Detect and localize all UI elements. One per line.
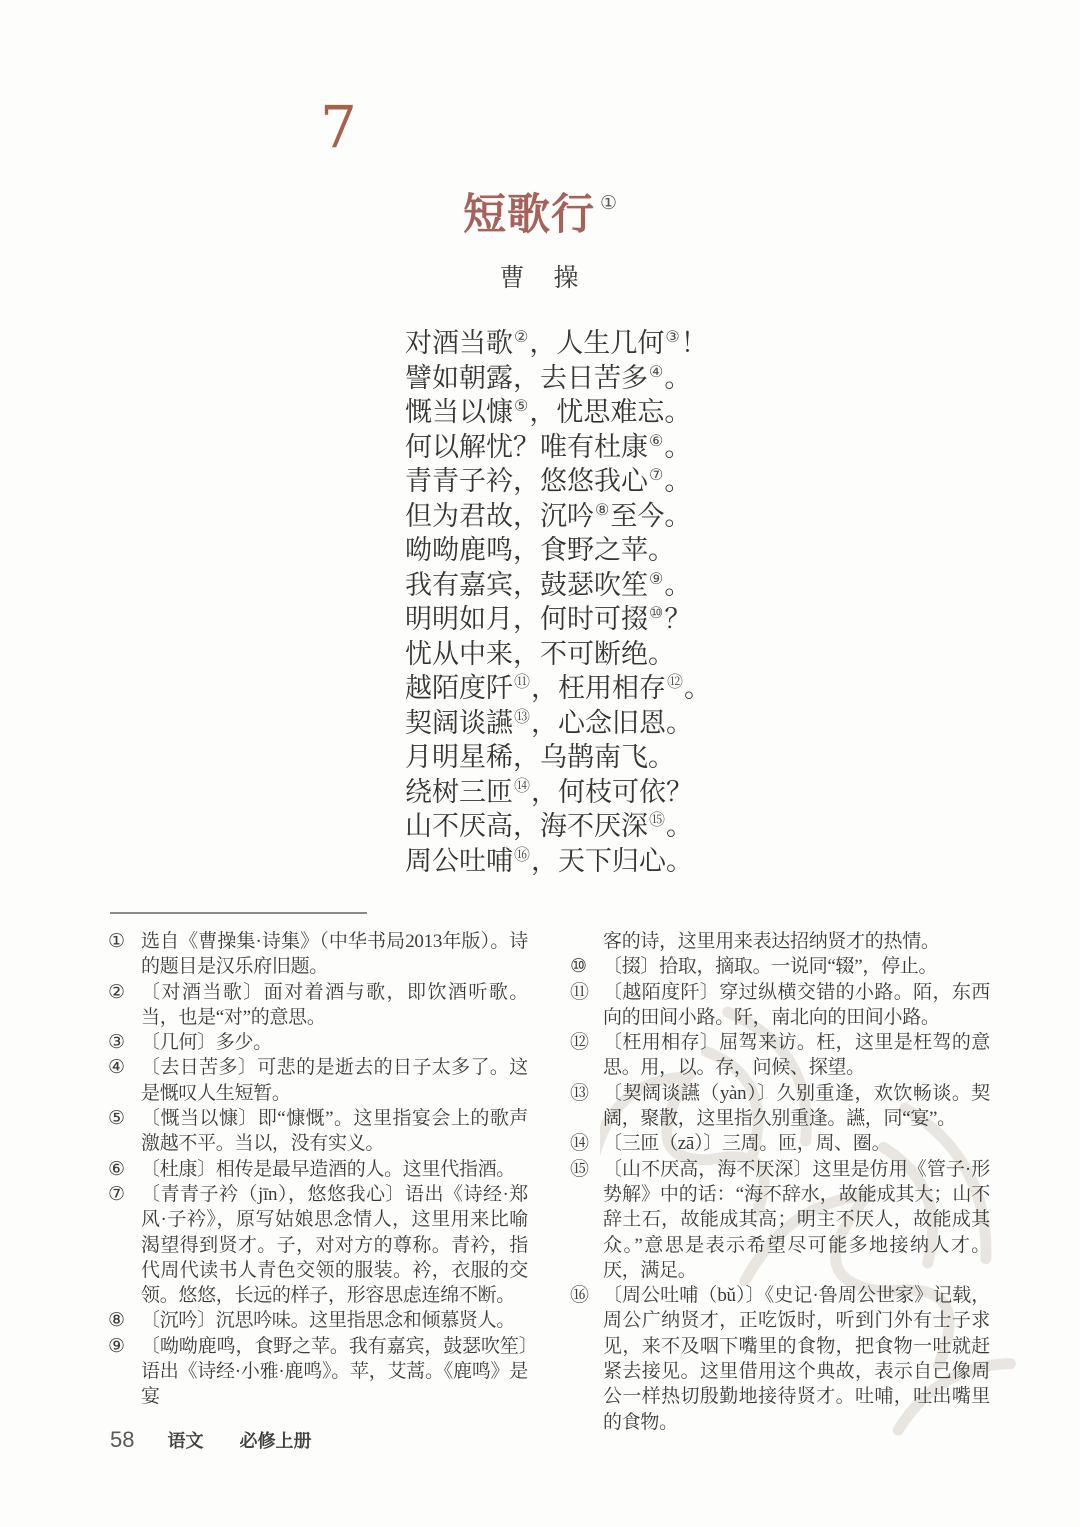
footnote-ref: ⑭ [514,778,530,795]
footer-subject: 语文 [167,1427,203,1453]
footnote-text: 〔呦呦鹿鸣，食野之苹。我有嘉宾，鼓瑟吹笙〕语出《诗经·小雅·鹿鸣》。苹，艾蒿。《… [141,1334,528,1410]
footnote-number: ① [108,929,141,980]
poem: 对酒当歌②，人生几何③！譬如朝露，去日苦多④。慨当以慷⑤，忧思难忘。何以解忧？唯… [405,326,711,878]
footnote-number: ⑬ [570,1081,603,1132]
footnote-item: ⑤〔慨当以慷〕即“慷慨”。这里指宴会上的歌声激越不平。当以，没有实义。 [108,1106,528,1157]
footnote-number: ⑭ [570,1131,603,1156]
footnote-item: ⑬〔契阔谈讌（yàn）〕久别重逢，欢饮畅谈。契阔，聚散，这里指久别重逢。讌，同“… [570,1081,990,1132]
footnote-item: 客的诗，这里用来表达招纳贤才的热情。 [570,929,990,954]
poem-text: 。 [684,673,711,703]
poem-text: 青青子衿，悠悠我心 [405,466,648,496]
footnote-item: ④〔去日苦多〕可悲的是逝去的日子太多了。这是慨叹人生短暂。 [108,1055,528,1106]
lesson-title: 短歌行① [0,180,1080,240]
footnote-text: 〔去日苦多〕可悲的是逝去的日子太多了。这是慨叹人生短暂。 [141,1055,528,1106]
footnote-number [570,929,603,954]
footnote-text: 〔契阔谈讌（yàn）〕久别重逢，欢饮畅谈。契阔，聚散，这里指久别重逢。讌，同“宴… [603,1081,990,1132]
author-name: 曹 操 [0,258,1080,294]
footnote-item: ②〔对酒当歌〕面对着酒与歌，即饮酒听歌。当，也是“对”的意思。 [108,980,528,1031]
poem-text: 譬如朝露，去日苦多 [405,363,648,393]
poem-text: ？ [664,604,691,634]
poem-text: 。 [664,570,691,600]
poem-text: 月明星稀，乌鹊南飞。 [405,742,675,772]
footnote-text: 〔山不厌高，海不厌深〕这里是仿用《管子·形势解》中的话：“海不辞水，故能成其大；… [603,1157,990,1283]
footnote-ref: ⑥ [649,433,663,450]
poem-line: 但为君故，沉吟⑧至今。 [405,499,711,534]
footnote-number: ② [108,980,141,1031]
poem-text: 慨当以慷 [405,397,513,427]
poem-line: 绕树三匝⑭，何枝可依？ [405,775,711,810]
poem-text: 。 [664,363,691,393]
poem-text: 但为君故，沉吟 [405,501,594,531]
poem-line: 青青子衿，悠悠我心⑦。 [405,464,711,499]
poem-text: 至今。 [610,501,691,531]
footnote-number: ⑪ [570,980,603,1031]
poem-text: 对酒当歌 [405,328,513,358]
footnote-text: 〔周公吐哺（bǔ）〕《史记·鲁周公世家》记载，周公广纳贤才，正吃饭时，听到门外有… [603,1283,990,1435]
poem-text: ，枉用相存 [531,673,666,703]
footnote-item: ①选自《曹操集·诗集》（中华书局2013年版）。诗的题目是汉乐府旧题。 [108,929,528,980]
footnote-item: ⑩〔掇〕拾取，摘取。一说同“辍”，停止。 [570,954,990,979]
poem-line: 越陌度阡⑪，枉用相存⑫。 [405,671,711,706]
poem-text: 越陌度阡 [405,673,513,703]
footnote-text: 〔慨当以慷〕即“慷慨”。这里指宴会上的歌声激越不平。当以，没有实义。 [141,1106,528,1157]
poem-text: ，天下归心。 [531,846,693,876]
footnote-number: ⑧ [108,1308,141,1333]
poem-line: 契阔谈讌⑬，心念旧恩。 [405,706,711,741]
footnote-text: 〔杜康〕相传是最早造酒的人。这里代指酒。 [141,1157,528,1182]
poem-text: 明明如月，何时可掇 [405,604,648,634]
poem-text: 。 [664,432,691,462]
footnote-item: ⑦〔青青子衿（jīn），悠悠我心〕语出《诗经·郑风·子衿》，原写姑娘思念情人，这… [108,1182,528,1308]
page-footer: 58 语文 必修上册 [110,1427,311,1453]
footnote-ref: ② [514,329,528,346]
footnote-ref: ③ [665,329,679,346]
footnote-number: ⑥ [108,1157,141,1182]
footnote-ref: ⑨ [649,571,663,588]
footnote-divider [110,912,367,914]
poem-text: 忧从中来，不可断绝。 [405,639,675,669]
poem-text: 。 [664,466,691,496]
footnote-item: ⑥〔杜康〕相传是最早造酒的人。这里代指酒。 [108,1157,528,1182]
poem-text: 山不厌高，海不厌深 [405,811,648,841]
footnote-item: ⑭〔三匝（zā）〕三周。匝，周、圈。 [570,1131,990,1156]
poem-text: 契阔谈讌 [405,708,513,738]
footnote-text: 〔枉用相存〕屈驾来访。枉，这里是枉驾的意思。用，以。存，问候、探望。 [603,1030,990,1081]
footnote-text: 〔掇〕拾取，摘取。一说同“辍”，停止。 [603,954,990,979]
poem-line: 呦呦鹿鸣，食野之苹。 [405,533,711,568]
footnote-item: ⑯〔周公吐哺（bǔ）〕《史记·鲁周公世家》记载，周公广纳贤才，正吃饭时，听到门外… [570,1283,990,1435]
footnote-ref: ④ [649,364,663,381]
footnote-text: 客的诗，这里用来表达招纳贤才的热情。 [603,929,990,954]
footnote-text: 〔对酒当歌〕面对着酒与歌，即饮酒听歌。当，也是“对”的意思。 [141,980,528,1031]
footnote-item: ⑪〔越陌度阡〕穿过纵横交错的小路。陌，东西向的田间小路。阡，南北向的田间小路。 [570,980,990,1031]
footnote-number: ④ [108,1055,141,1106]
footnote-item: ⑮〔山不厌高，海不厌深〕这里是仿用《管子·形势解》中的话：“海不辞水，故能成其大… [570,1157,990,1283]
poem-text: ，忧思难忘。 [529,397,691,427]
poem-text: 周公吐哺 [405,846,513,876]
footnote-number: ③ [108,1030,141,1055]
lesson-title-text: 短歌行 [463,192,595,239]
poem-line: 慨当以慷⑤，忧思难忘。 [405,395,711,430]
footnote-text: 〔青青子衿（jīn），悠悠我心〕语出《诗经·郑风·子衿》，原写姑娘思念情人，这里… [141,1182,528,1308]
poem-text: ，人生几何 [529,328,664,358]
poem-line: 譬如朝露，去日苦多④。 [405,361,711,396]
poem-text: ，何枝可依？ [531,777,693,807]
footnote-ref: ⑮ [649,812,665,829]
footnote-text: 〔越陌度阡〕穿过纵横交错的小路。陌，东西向的田间小路。阡，南北向的田间小路。 [603,980,990,1031]
footnote-item: ⑧〔沉吟〕沉思吟味。这里指思念和倾慕贤人。 [108,1308,528,1333]
page-number: 58 [110,1427,134,1453]
footnote-item: ③〔几何〕多少。 [108,1030,528,1055]
footnote-number: ⑦ [108,1182,141,1308]
footnote-item: ⑫〔枉用相存〕屈驾来访。枉，这里是枉驾的意思。用，以。存，问候、探望。 [570,1030,990,1081]
footnote-number: ⑩ [570,954,603,979]
footnote-text: 〔沉吟〕沉思吟味。这里指思念和倾慕贤人。 [141,1308,528,1333]
footnote-ref: ⑤ [514,398,528,415]
footnote-ref: ⑫ [667,674,683,691]
textbook-page: 7 短歌行① 曹 操 对酒当歌②，人生几何③！譬如朝露，去日苦多④。慨当以慷⑤，… [0,0,1080,1527]
footnote-item: ⑨〔呦呦鹿鸣，食野之苹。我有嘉宾，鼓瑟吹笙〕语出《诗经·小雅·鹿鸣》。苹，艾蒿。… [108,1334,528,1410]
footnote-number: ⑮ [570,1157,603,1283]
poem-text: ，心念旧恩。 [531,708,693,738]
footnote-number: ⑫ [570,1030,603,1081]
title-footnote-ref: ① [600,193,617,214]
footnote-text: 〔几何〕多少。 [141,1030,528,1055]
footnotes-right-column: 客的诗，这里用来表达招纳贤才的热情。⑩〔掇〕拾取，摘取。一说同“辍”，停止。⑪〔… [570,929,990,1435]
poem-line: 明明如月，何时可掇⑩？ [405,602,711,637]
poem-line: 月明星稀，乌鹊南飞。 [405,740,711,775]
poem-line: 我有嘉宾，鼓瑟吹笙⑨。 [405,568,711,603]
poem-line: 山不厌高，海不厌深⑮。 [405,809,711,844]
footnote-ref: ⑩ [649,605,663,622]
footnote-number: ⑯ [570,1283,603,1435]
footnote-number: ⑨ [108,1334,141,1410]
poem-text: 呦呦鹿鸣，食野之苹。 [405,535,675,565]
poem-text: 绕树三匝 [405,777,513,807]
poem-line: 周公吐哺⑯，天下归心。 [405,844,711,879]
poem-text: ！ [681,328,708,358]
footer-volume: 必修上册 [239,1427,311,1453]
poem-line: 何以解忧？唯有杜康⑥。 [405,430,711,465]
poem-line: 忧从中来，不可断绝。 [405,637,711,672]
footnote-ref: ⑦ [649,467,663,484]
footnote-ref: ⑪ [514,674,530,691]
footnote-text: 〔三匝（zā）〕三周。匝，周、圈。 [603,1131,990,1156]
poem-text: 我有嘉宾，鼓瑟吹笙 [405,570,648,600]
footnote-ref: ⑧ [595,502,609,519]
footnote-ref: ⑬ [514,709,530,726]
footnote-text: 选自《曹操集·诗集》（中华书局2013年版）。诗的题目是汉乐府旧题。 [141,929,528,980]
footnotes-left-column: ①选自《曹操集·诗集》（中华书局2013年版）。诗的题目是汉乐府旧题。②〔对酒当… [108,929,528,1435]
footnotes: ①选自《曹操集·诗集》（中华书局2013年版）。诗的题目是汉乐府旧题。②〔对酒当… [108,929,990,1435]
poem-text: 何以解忧？唯有杜康 [405,432,648,462]
poem-line: 对酒当歌②，人生几何③！ [405,326,711,361]
footnote-number: ⑤ [108,1106,141,1157]
poem-text: 。 [666,811,693,841]
chapter-number: 7 [320,98,357,156]
footnote-ref: ⑯ [514,847,530,864]
